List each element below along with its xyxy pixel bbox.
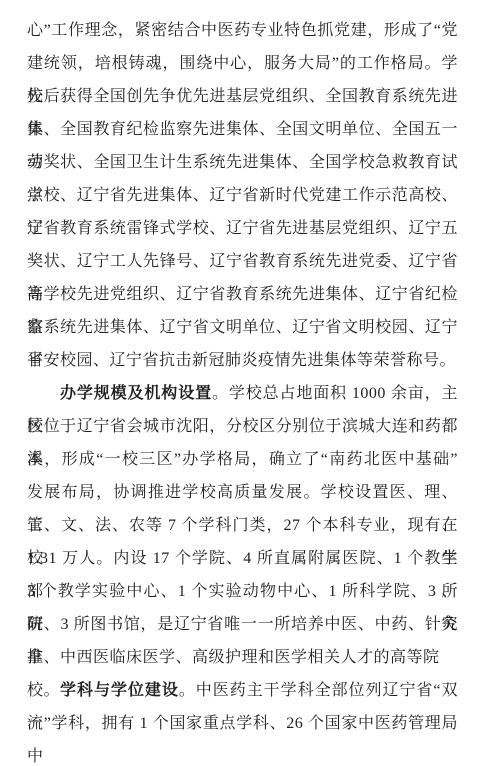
document-text-block: 心”工作理念，紧密结合中医药专业特色抓党建，形成了“党建统领，培根铸魂，围绕中心… xyxy=(27,14,458,740)
text-line: 建统领，培根铸魂，围绕中心，服务大局”的工作格局。学校 xyxy=(27,47,458,80)
document-page: 心”工作理念，紧密结合中医药专业特色抓党建，形成了“党建统领，培根铸魂，围绕中心… xyxy=(0,0,485,766)
text-line: 察系统先进集体、辽宁省文明单位、辽宁省文明校园、辽宁省 xyxy=(27,311,458,344)
text-line: 学科与学位建设。中医药主干学科全部位列辽宁省“双一 xyxy=(27,674,458,707)
party-building-honors-paragraph: 心”工作理念，紧密结合中医药专业特色抓党建，形成了“党建统领，培根铸魂，围绕中心… xyxy=(27,14,458,377)
text-line: 体、全国教育纪检监察先进集体、全国文明单位、全国五一劳 xyxy=(27,113,458,146)
text-line: 学校、辽宁省先进集体、辽宁省新时代党建工作示范高校、辽 xyxy=(27,179,458,212)
text-line: 区位于辽宁省会城市沈阳，分校区分别位于滨城大连和药都本 xyxy=(27,410,458,443)
text-line: 动奖状、全国卫生计生系统先进集体、全国学校急救教育试点 xyxy=(27,146,458,179)
disciplines-and-degrees-paragraph: 学科与学位建设。中医药主干学科全部位列辽宁省“双一流”学科，拥有 1 个国家重点… xyxy=(27,674,458,740)
text-line: 先后获得全国创先争优先进基层党组织、全国教育系统先进集 xyxy=(27,80,458,113)
text-line: 宁省教育系统雷锋式学校、辽宁省先进基层党组织、辽宁五一 xyxy=(27,212,458,245)
text-line: 奖状、辽宁工人先锋号、辽宁省教育系统先进党委、辽宁省高 xyxy=(27,245,458,278)
section-heading: 学科与学位建设 xyxy=(60,682,179,699)
text-line: 院、3 所图书馆，是辽宁省唯一一所培养中医、中药、针灸推 xyxy=(27,608,458,641)
scale-and-organization-paragraph: 办学规模及机构设置。学校总占地面积 1000 余亩，主校区位于辽宁省会城市沈阳，… xyxy=(27,377,458,674)
text-segment: 溪，形成“一校三区”办学格局，确立了“南药北医中基础” xyxy=(27,451,458,468)
section-heading: 办学规模及机构设置 xyxy=(60,385,212,402)
text-line: 溪，形成“一校三区”办学格局，确立了“南药北医中基础” xyxy=(27,443,458,476)
text-segment: 心”工作理念，紧密结合中医药专业特色抓党建，形成了“党 xyxy=(27,22,458,39)
text-line: 3 个教学实验中心、1 个实验动物中心、1 所科学院、3 所研究 xyxy=(27,575,458,608)
text-line: 拿、中西医临床医学、高级护理和医学相关人才的高等院校。 xyxy=(27,641,458,674)
text-line: 流”学科，拥有 1 个国家重点学科、26 个国家中医药管理局中 xyxy=(27,707,458,740)
text-line: 1.31 万人。内设 17 个学院、4 所直属附属医院、1 个教学部、 xyxy=(27,542,458,575)
text-line: 心”工作理念，紧密结合中医药专业特色抓党建，形成了“党 xyxy=(27,14,458,47)
text-line: 办学规模及机构设置。学校总占地面积 1000 余亩，主校 xyxy=(27,377,458,410)
text-line: 管、文、法、农等 7 个学科门类，27 个本科专业，现有在校生 xyxy=(27,509,458,542)
text-line: 发展布局，协调推进学校高质量发展。学校设置医、理、工、 xyxy=(27,476,458,509)
text-segment: 流”学科，拥有 1 个国家重点学科、26 个国家中医药管理局中 xyxy=(27,715,458,765)
text-line: 等学校先进党组织、辽宁省教育系统先进集体、辽宁省纪检监 xyxy=(27,278,458,311)
text-segment: 平安校园、辽宁省抗击新冠肺炎疫情先进集体等荣誉称号。 xyxy=(27,352,456,369)
text-line: 平安校园、辽宁省抗击新冠肺炎疫情先进集体等荣誉称号。 xyxy=(27,344,458,377)
